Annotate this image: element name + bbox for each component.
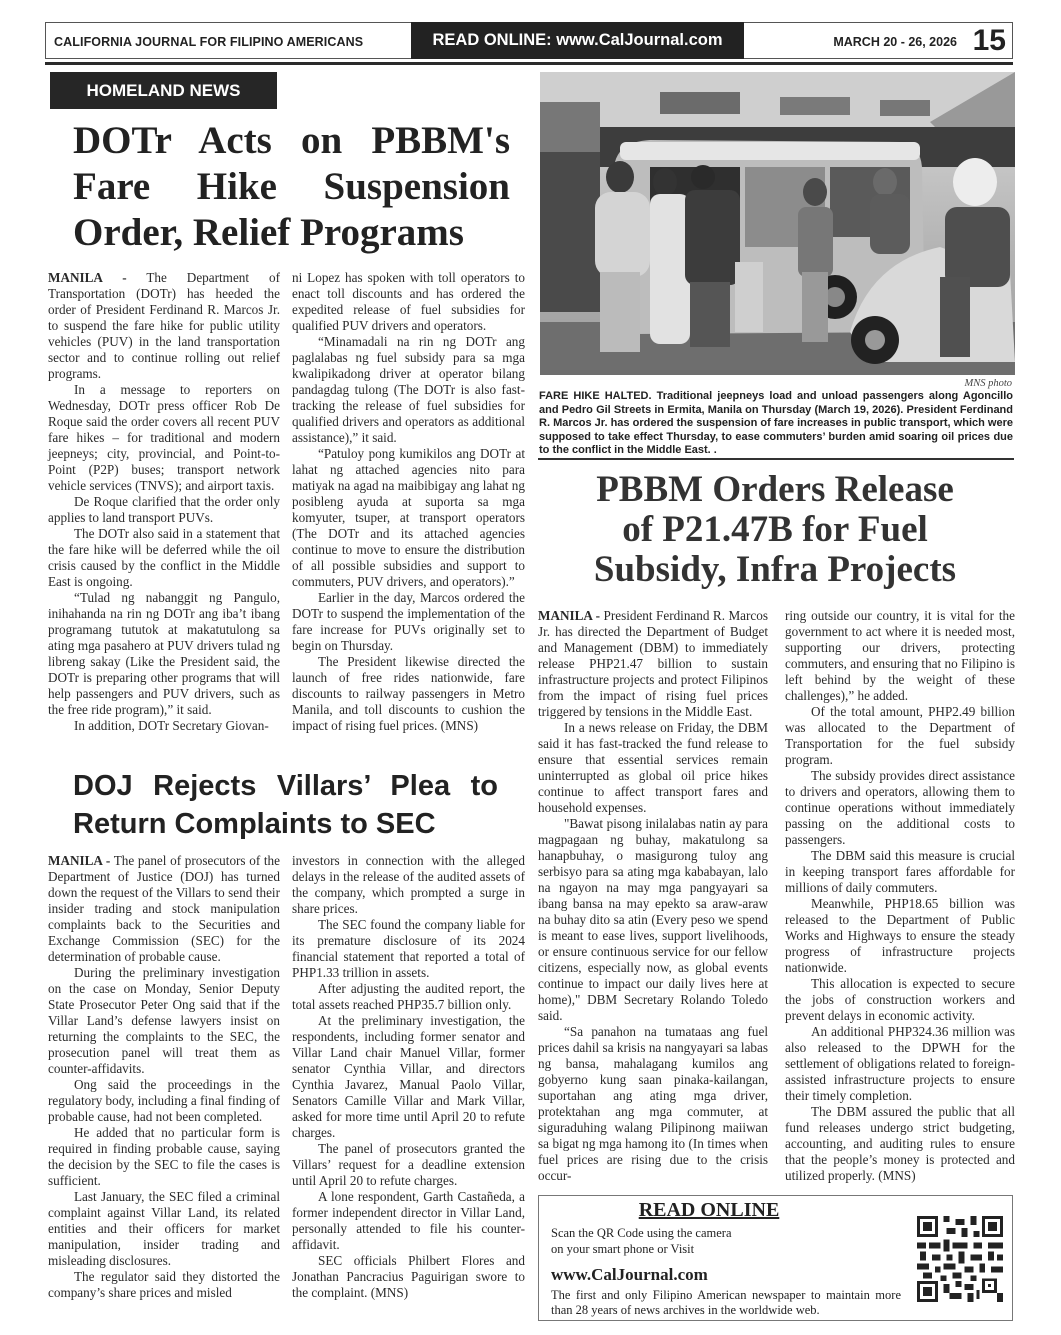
paragraph: ni Lopez has spoken with toll operators … [292, 270, 525, 334]
qr-code-icon[interactable] [917, 1216, 1003, 1302]
page-number: 15 [973, 23, 1006, 59]
paragraph: During the preliminary investigation on … [48, 965, 280, 1077]
photo-credit: MNS photo [540, 378, 1012, 389]
read-online-instruction-2: on your smart phone or Visit [551, 1242, 694, 1257]
article2-column-1: MANILA - The panel of prosecutors of the… [48, 853, 280, 1301]
paragraph: In addition, DOTr Secretary Giovan- [48, 718, 280, 734]
paragraph: investors in connection with the alleged… [292, 853, 525, 917]
masthead-divider [45, 62, 1013, 65]
paragraph: De Roque clarified that the order only a… [48, 494, 280, 526]
paragraph: The panel of prosecutors granted the Vil… [292, 1141, 525, 1189]
paragraph: The SEC found the company liable for its… [292, 917, 525, 981]
paragraph: This allocation is expected to secure th… [785, 976, 1015, 1024]
paragraph: The DOTr also said in a statement that t… [48, 526, 280, 590]
paragraph: “Minamadali na rin ng DOTr ang paglalaba… [292, 334, 525, 446]
article1-headline: DOTr Acts on PBBM's Fare Hike Suspension… [73, 118, 510, 256]
news-photo [540, 72, 1015, 375]
paragraph: In a message to reporters on Wednesday, … [48, 382, 280, 494]
article2-column-2: investors in connection with the alleged… [292, 853, 525, 1301]
paragraph: Last January, the SEC filed a criminal c… [48, 1189, 280, 1269]
paragraph: At the preliminary investigation, the re… [292, 1013, 525, 1141]
paragraph: After adjusting the audited report, the … [292, 981, 525, 1013]
paragraph-text: The Department of Transportation (DOTr) … [48, 270, 280, 381]
read-online-instruction-1: Scan the QR Code using the camera [551, 1226, 732, 1241]
paragraph: “Tulad ng nabanggit ng Pangulo, inihahan… [48, 590, 280, 718]
read-online-title: READ ONLINE [539, 1199, 879, 1222]
headline-line: Fare Hike Suspension [73, 164, 510, 210]
article3-column-1: MANILA - President Ferdinand R. Marcos J… [538, 608, 768, 1184]
paragraph: MANILA - The panel of prosecutors of the… [48, 853, 280, 965]
article2-headline: DOJ Rejects Villars’ Plea to Return Comp… [73, 767, 498, 843]
section-tag: HOMELAND NEWS [50, 72, 277, 109]
photo-caption: FARE HIKE HALTED. Traditional jeepneys l… [539, 390, 1013, 458]
paragraph: ring outside our country, it is vital fo… [785, 608, 1015, 704]
paragraph: Ong said the proceedings in the regulato… [48, 1077, 280, 1125]
paragraph: In a news release on Friday, the DBM sai… [538, 720, 768, 816]
read-online-box: READ ONLINE Scan the QR Code using the c… [538, 1195, 1013, 1321]
article3-column-2: ring outside our country, it is vital fo… [785, 608, 1015, 1184]
paragraph: MANILA - President Ferdinand R. Marcos J… [538, 608, 768, 720]
paragraph-text: President Ferdinand R. Marcos Jr. has di… [538, 608, 768, 719]
headline-line: Return Complaints to SEC [73, 805, 498, 843]
caption-divider [538, 458, 1014, 460]
paragraph: Of the total amount, PHP2.49 billion was… [785, 704, 1015, 768]
paragraph: An additional PHP324.36 million was also… [785, 1024, 1015, 1104]
dateline: MANILA - [48, 853, 110, 868]
read-online-description: The first and only Filipino American new… [551, 1288, 901, 1318]
paragraph: A lone respondent, Garth Castañeda, a fo… [292, 1189, 525, 1253]
article1-column-2: ni Lopez has spoken with toll operators … [292, 270, 525, 734]
paragraph: MANILA - The Department of Transportatio… [48, 270, 280, 382]
publication-name: CALIFORNIA JOURNAL FOR FILIPINO AMERICAN… [54, 35, 363, 49]
dateline: MANILA - [538, 608, 600, 623]
read-online-banner[interactable]: READ ONLINE: www.CalJournal.com [411, 22, 744, 59]
website-link[interactable]: www.CalJournal.com [551, 1265, 708, 1285]
headline-line: DOTr Acts on PBBM's [73, 118, 510, 164]
headline-line: Order, Relief Programs [73, 210, 510, 256]
paragraph: The President likewise directed the laun… [292, 654, 525, 734]
paragraph: Meanwhile, PHP18.65 billion was released… [785, 896, 1015, 976]
article1-column-1: MANILA - The Department of Transportatio… [48, 270, 280, 734]
issue-date: MARCH 20 - 26, 2026 [833, 35, 957, 49]
masthead: CALIFORNIA JOURNAL FOR FILIPINO AMERICAN… [45, 22, 1013, 59]
paragraph: The regulator said they distorted the co… [48, 1269, 280, 1301]
paragraph: The DBM assured the public that all fund… [785, 1104, 1015, 1184]
paragraph: The DBM said this measure is crucial in … [785, 848, 1015, 896]
paragraph: The subsidy provides direct assistance t… [785, 768, 1015, 848]
dateline: MANILA - [48, 270, 127, 285]
paragraph: “Sa panahon na tumataas ang fuel prices … [538, 1024, 768, 1184]
paragraph: Earlier in the day, Marcos ordered the D… [292, 590, 525, 654]
paragraph: He added that no particular form is requ… [48, 1125, 280, 1189]
headline-line: DOJ Rejects Villars’ Plea to [73, 767, 498, 805]
paragraph: "Bawat pisong inilalabas natin ay para m… [538, 816, 768, 1024]
paragraph: “Patuloy pong kumikilos ang DOTr at laha… [292, 446, 525, 590]
article3-headline: PBBM Orders Release of P21.47B for Fuel … [540, 470, 1010, 590]
jeepney-photo-icon [540, 72, 1015, 375]
headline-line: of P21.47B for Fuel [540, 510, 1010, 550]
headline-line: Subsidy, Infra Projects [540, 550, 1010, 590]
paragraph: SEC officials Philbert Flores and Jonath… [292, 1253, 525, 1301]
headline-line: PBBM Orders Release [540, 470, 1010, 510]
paragraph-text: The panel of prosecutors of the Departme… [48, 853, 280, 964]
